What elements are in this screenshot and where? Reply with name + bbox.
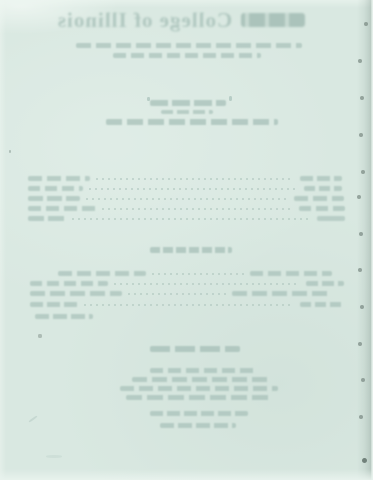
- binding-mark-10: [358, 342, 362, 346]
- ghost-text-line-program2-right-3: [232, 291, 332, 296]
- ghost-text-line-program2-right-2: [306, 281, 344, 286]
- ghost-dotted-leader-1: [96, 178, 294, 180]
- ghost-text-line-program1-left-4: [28, 206, 96, 211]
- ghost-dotted-leader-4: [102, 208, 293, 210]
- ghost-text-line-program1-left-5: [28, 216, 66, 221]
- binding-mark-3: [360, 96, 364, 100]
- ghost-text-line-program1-right-5: [317, 216, 345, 221]
- binding-mark-6: [357, 195, 361, 199]
- binding-mark-1: [364, 22, 368, 26]
- ghost-text-line-verse-line-6: [160, 423, 236, 428]
- ghost-text-line-verse-line-1: [150, 368, 258, 373]
- binding-mark-5: [361, 170, 365, 174]
- page-edge-left: [0, 0, 6, 480]
- ghost-text-line-subheader-line-2: [113, 53, 261, 58]
- paper-speck-6: [46, 455, 62, 458]
- ghost-text-line-program2-left-4: [30, 302, 78, 307]
- ghost-header-bleedthrough: College of Illinois: [28, 7, 334, 33]
- ghost-dotted-leader-2: [89, 188, 298, 190]
- binding-mark-13: [362, 458, 367, 463]
- ghost-dotted-leader-8: [128, 293, 226, 295]
- ghost-text-line-program1-left-3: [28, 196, 80, 201]
- binding-mark-9: [360, 305, 364, 309]
- ghost-text-line-program1-right-3: [294, 196, 344, 201]
- page-edge-right: [357, 0, 373, 480]
- ghost-text-line-verse-line-2: [132, 377, 272, 382]
- ghost-dotted-leader-5: [72, 218, 311, 220]
- ghost-text-line-program1-left-1: [28, 176, 90, 181]
- ghost-dotted-leader-9: [84, 304, 294, 306]
- ghost-text-line-title-line: [150, 100, 226, 106]
- ghost-text-line-intermission-line: [150, 247, 232, 253]
- ghost-header-first-word-smudge: [241, 13, 305, 27]
- binding-mark-2: [358, 59, 362, 63]
- page-edge-bottom: [0, 469, 373, 480]
- binding-mark-11: [361, 378, 365, 382]
- binding-mark-12: [359, 415, 363, 419]
- ghost-text-line-program2-right-4: [300, 302, 342, 307]
- ghost-text-line-title-line-2: [106, 119, 278, 125]
- ghost-text-line-title-subline: [161, 110, 213, 114]
- ghost-text-line-program1-right-4: [299, 206, 345, 211]
- ghost-text-line-program2-left-5: [35, 314, 93, 319]
- paper-speck-1: [9, 150, 11, 153]
- ghost-text-line-subheader-line-1: [76, 43, 302, 48]
- ghost-header-fragment: College of Illinois: [57, 8, 232, 33]
- ghost-text-line-program2-left-2: [30, 281, 108, 286]
- paper-speck-2: [38, 334, 42, 338]
- ghost-text-line-verse-line-3: [120, 386, 278, 391]
- binding-mark-7: [359, 232, 363, 236]
- ghost-dotted-leader-3: [86, 198, 288, 200]
- ghost-text-line-program2-left-3: [30, 291, 122, 296]
- binding-mark-4: [359, 133, 363, 137]
- ghost-text-line-program1-left-2: [28, 186, 83, 191]
- ghost-text-line-program1-right-2: [304, 186, 342, 191]
- scanned-page: College of Illinois: [0, 0, 373, 480]
- ghost-dotted-leader-6: [152, 273, 244, 275]
- binding-mark-8: [358, 268, 362, 272]
- paper-speck-4: [229, 96, 232, 101]
- paper-speck-3: [147, 97, 150, 101]
- ghost-text-line-program1-right-1: [300, 176, 342, 181]
- ghost-text-line-program2-left-1: [58, 271, 146, 276]
- ghost-text-line-closing-heading: [150, 346, 240, 352]
- ghost-text-line-verse-line-5: [150, 411, 248, 416]
- ghost-dotted-leader-7: [114, 283, 300, 285]
- ghost-text-line-verse-line-4: [126, 395, 272, 400]
- paper-speck-5: [28, 415, 37, 422]
- ghost-text-line-program2-right-1: [250, 271, 332, 276]
